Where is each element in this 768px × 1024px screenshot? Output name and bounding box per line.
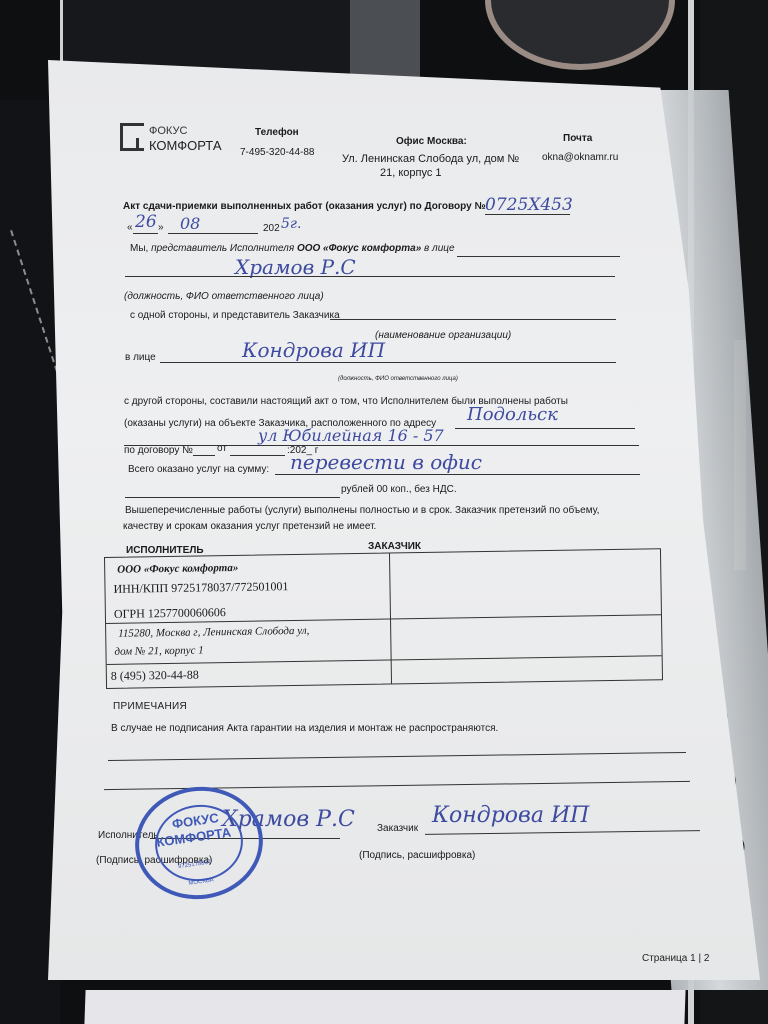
executor-heading: ИСПОЛНИТЕЛЬ (126, 545, 204, 556)
email-label: Почта (563, 133, 592, 144)
date-day: 26 (135, 212, 157, 232)
customer-name: Кондрова ИП (242, 338, 385, 362)
intro-text: Мы, представитель Исполнителя ООО «Фокус… (130, 243, 455, 254)
logo-line1: ФОКУС (149, 125, 187, 137)
car-seat-left (0, 100, 60, 1024)
customer-sign-label: Заказчик (377, 823, 418, 834)
document-title: Акт сдачи-приемки выполненных работ (ока… (123, 201, 486, 212)
parties-table: ООО «Фокус комфорта» ИНН/КПП 9725178037/… (104, 548, 663, 689)
executor-company: ООО «Фокус комфорта» (117, 562, 238, 576)
executor-ogrn: ОГРН 1257700060606 (114, 605, 226, 622)
executor-address-2: дом № 21, корпус 1 (114, 644, 203, 657)
one-side-text: с одной стороны, и представитель Заказчи… (130, 310, 340, 321)
org-caption: (наименование организации) (375, 330, 511, 341)
phone-value: 7-495-320-44-88 (240, 147, 315, 158)
phone-label: Телефон (255, 127, 299, 138)
in-person-label: в лице (125, 352, 156, 363)
executor-phone: 8 (495) 320-44-88 (111, 668, 199, 684)
date-year-prefix: 202 (263, 223, 280, 234)
total-label: Всего оказано услуг на сумму: (128, 464, 269, 475)
date-month: 08 (180, 214, 200, 233)
contract-ref: по договору № (124, 445, 193, 456)
notes-heading: ПРИМЕЧАНИЯ (113, 701, 187, 712)
customer-signature: Кондрова ИП (432, 803, 589, 828)
executor-caption: (должность, ФИО ответственного лица) (124, 291, 324, 302)
address-street: ул Юбилейная 16 - 57 (258, 426, 444, 445)
total-amount: перевести в офис (290, 450, 482, 474)
executor-inn-kpp: ИНН/КПП 9725178037/772501001 (113, 579, 288, 597)
address-city: Подольск (467, 404, 558, 425)
date-year: 5г. (281, 216, 301, 232)
notes-text: В случае не подписания Акта гарантии на … (111, 723, 498, 734)
executor-address-1: 115280, Москва г, Ленинская Слобода ул, (118, 625, 309, 640)
page-number: Страница 1 | 2 (642, 953, 709, 964)
car-control-knob (485, 0, 675, 70)
rubles-text: рублей 00 коп., без НДС. (341, 484, 457, 495)
person-caption: (должность, ФИО ответственного лица) (338, 376, 458, 382)
logo-line2: КОМФОРТА (149, 138, 221, 153)
square-bracket-logo-icon (120, 123, 144, 151)
contract-number: 0725Х453 (485, 195, 573, 215)
customer-heading: ЗАКАЗЧИК (368, 541, 421, 552)
completion-text-1: Вышеперечисленные работы (услуги) выполн… (125, 505, 599, 516)
paper-stack-under (84, 990, 685, 1024)
office-label: Офис Москва: (396, 136, 467, 147)
email-value: okna@oknamr.ru (542, 152, 618, 163)
completion-text-2: качеству и срокам оказания услуг претенз… (123, 521, 376, 532)
office-address-line2: 21, корпус 1 (380, 167, 442, 179)
customer-sign-caption: (Подпись, расшифровка) (359, 850, 475, 861)
office-address-line1: Ул. Ленинская Слобода ул, дом № (342, 153, 519, 165)
